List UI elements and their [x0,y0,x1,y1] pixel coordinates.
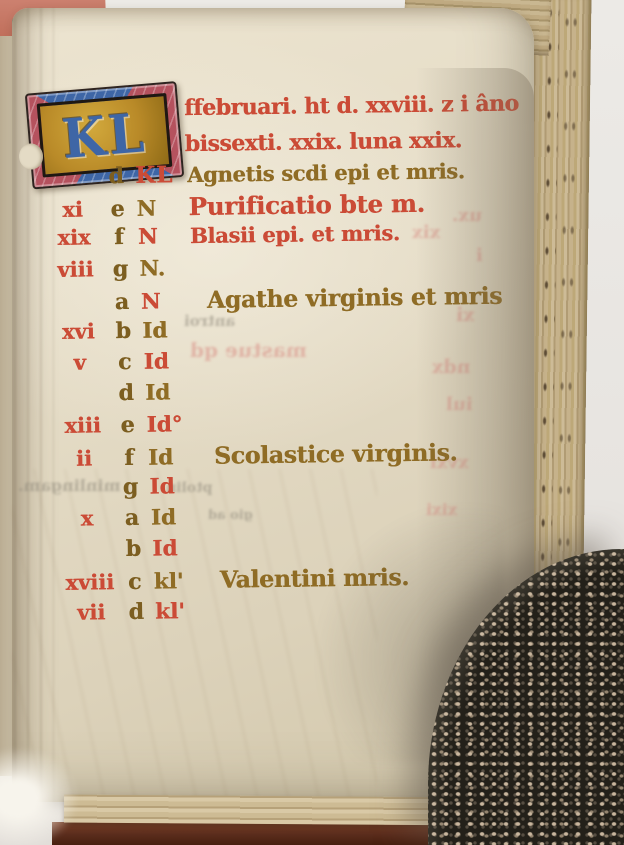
golden-number [56,494,116,495]
kalend-label: Id [144,445,200,471]
golden-number [51,401,111,402]
dominical-letter: c [110,349,140,375]
kalend-label: kl' [151,599,207,625]
dominical-letter: e [102,196,132,222]
dominical-letter: d [101,163,131,189]
kalend-label: KL [131,161,187,189]
golden-number: xi [42,196,102,222]
golden-number: v [50,349,110,375]
golden-number [58,556,118,557]
golden-number: vii [61,599,121,625]
feast-entry: Blasii epi. et mris. [190,221,400,249]
golden-number: xiii [52,412,112,438]
kalend-label: N [134,224,190,250]
golden-number: xix [44,225,104,251]
dominical-letter: g [115,474,145,500]
feast-entry: Purificatio bte m. [188,189,425,221]
kalend-label: Id [140,349,196,375]
golden-number [47,309,107,310]
kalend-label: Id [141,380,197,406]
dominical-letter: a [107,289,137,315]
dominical-letter: f [104,224,134,250]
initial-letters: KL [60,100,150,171]
bottom-left-highlight [0,748,78,845]
dominical-letter: c [120,569,150,595]
golden-number: xvi [48,318,108,344]
kalend-label: N [132,196,188,222]
golden-number: ii [54,445,114,471]
kalend-label: kl' [150,569,206,595]
kalend-label: N [137,289,193,315]
golden-number: viii [45,256,105,282]
manuscript-photo-scene: ux.xixixindxiulxvxixiximastue qdantroimi… [0,0,624,845]
dominical-letter: d [121,598,151,624]
kalend-label: N. [135,256,191,282]
kalend-label: Id [145,474,201,500]
golden-number: xviii [60,570,120,596]
dominical-letter: d [111,380,141,406]
dominical-letter: f [114,444,144,470]
kalend-label: Id [148,536,204,562]
dominical-letter: b [118,536,148,562]
golden-number [41,183,101,184]
dominical-letter: e [112,411,142,437]
dominical-letter: a [117,505,147,531]
kalend-label: Id [138,318,194,344]
book-bottom-edge [64,795,488,826]
kalend-label: Id° [142,411,198,437]
dominical-letter: b [108,318,138,344]
table-surface-strip [52,822,488,845]
dominical-letter: g [105,255,135,281]
kalend-label: Id [147,505,203,531]
golden-number: x [57,505,117,531]
